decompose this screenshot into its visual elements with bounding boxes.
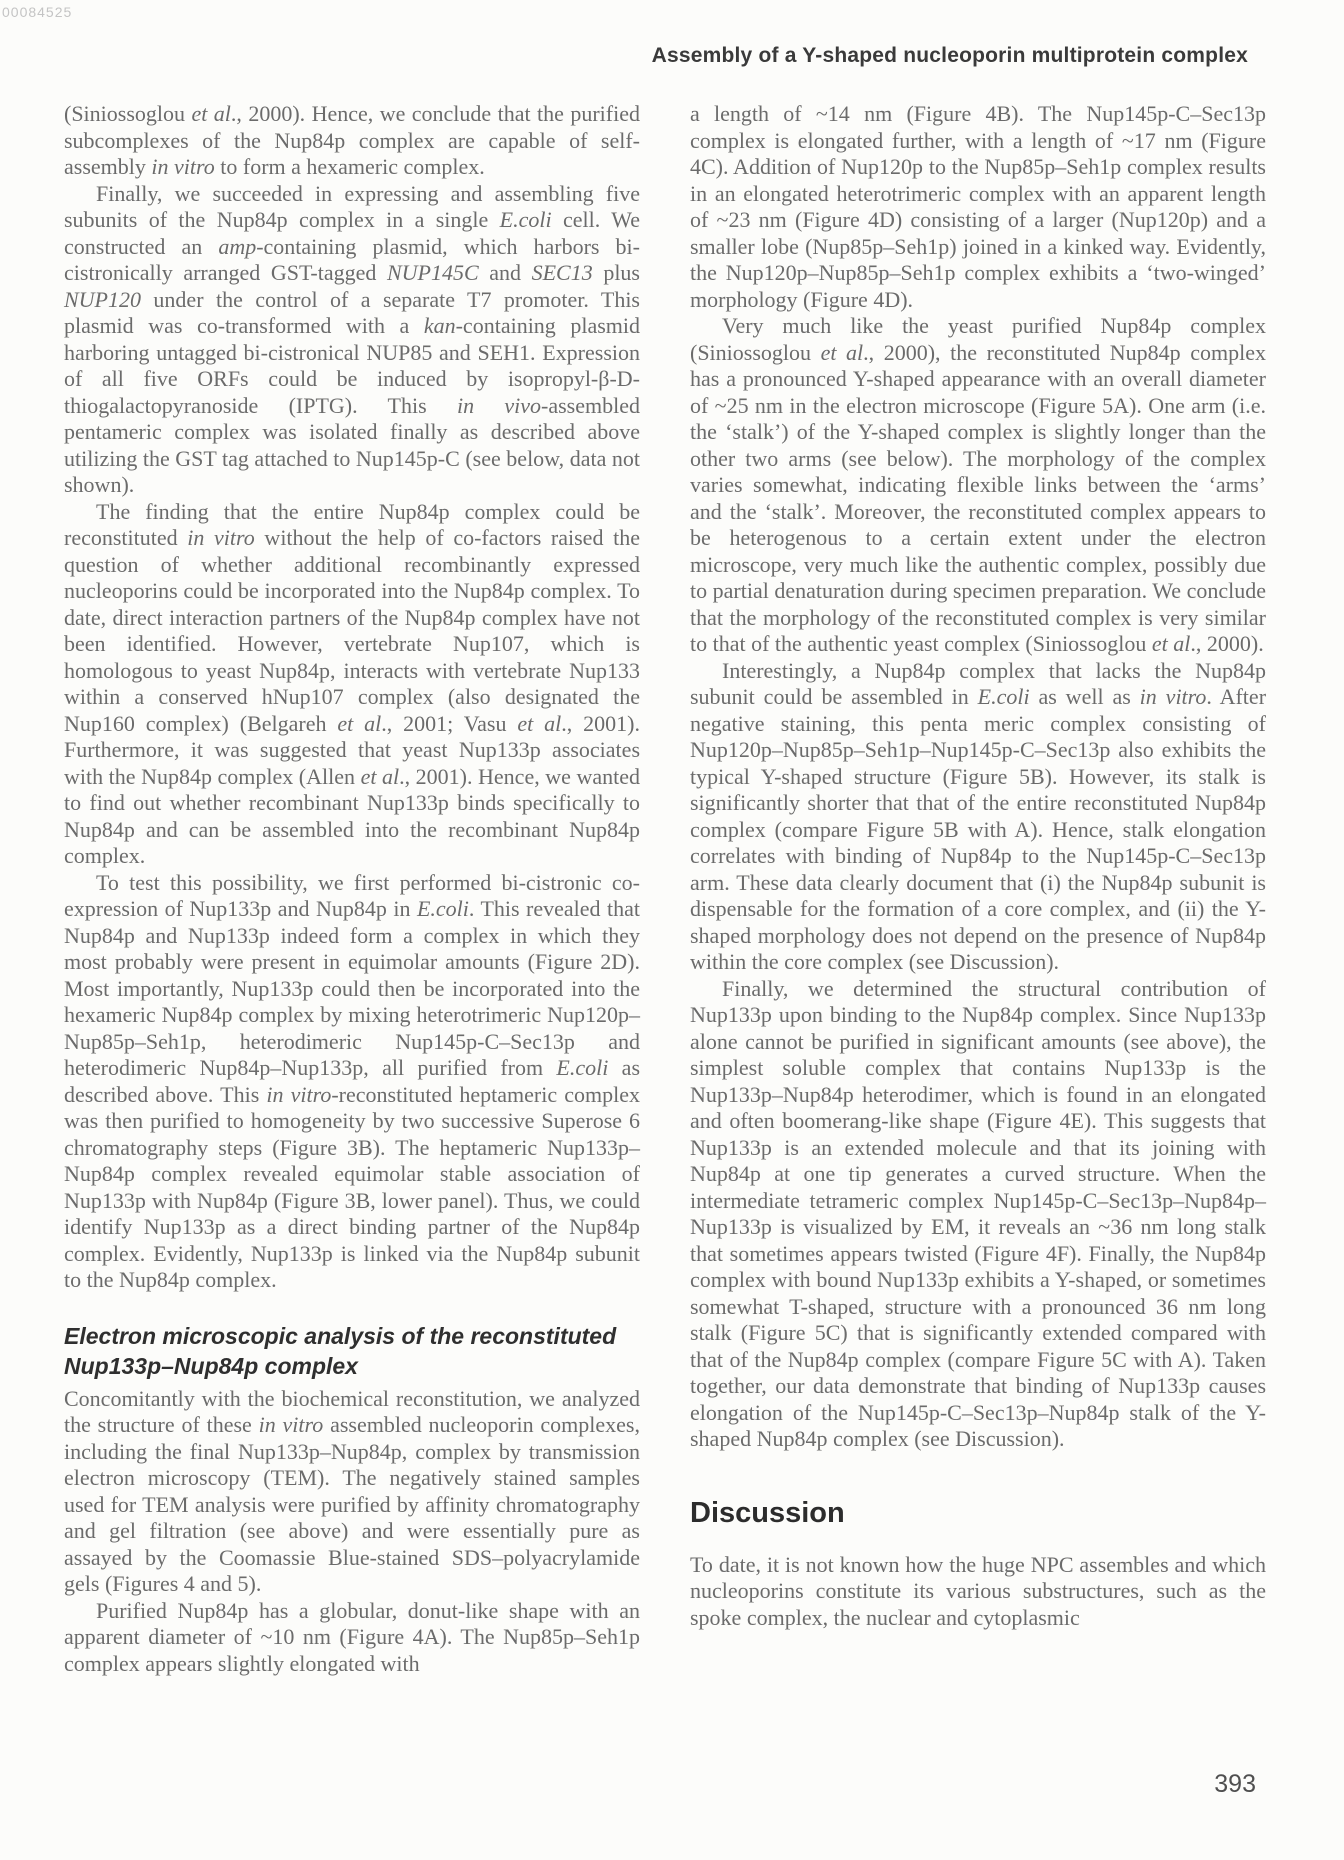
page-number: 393 xyxy=(1214,1770,1256,1799)
paragraph: Interestingly, a Nup84p complex that lac… xyxy=(690,658,1266,976)
scan-number: 00084525 xyxy=(2,4,72,20)
paragraph: Finally, we succeeded in expressing and … xyxy=(64,181,640,499)
journal-page: 00084525 Assembly of a Y-shaped nucleopo… xyxy=(0,0,1344,1860)
section-heading-em-analysis: Electron microscopic analysis of the rec… xyxy=(64,1321,640,1381)
left-column-paragraphs-after-heading: Concomitantly with the biochemical recon… xyxy=(64,1386,640,1678)
right-column-paragraphs: a length of ~14 nm (Figure 4B). The Nup1… xyxy=(690,101,1266,1453)
running-head: Assembly of a Y-shaped nucleoporin multi… xyxy=(652,44,1248,68)
right-column: a length of ~14 nm (Figure 4B). The Nup1… xyxy=(690,101,1266,1677)
right-column-paragraphs-after-heading: To date, it is not known how the huge NP… xyxy=(690,1552,1266,1632)
left-column-paragraphs: (Siniossoglou et al., 2000). Hence, we c… xyxy=(64,101,640,1294)
paragraph: (Siniossoglou et al., 2000). Hence, we c… xyxy=(64,101,640,181)
paragraph: The finding that the entire Nup84p compl… xyxy=(64,499,640,870)
paragraph: Very much like the yeast purified Nup84p… xyxy=(690,313,1266,658)
text-columns: (Siniossoglou et al., 2000). Hence, we c… xyxy=(64,101,1266,1677)
paragraph: a length of ~14 nm (Figure 4B). The Nup1… xyxy=(690,101,1266,313)
paragraph: To test this possibility, we first perfo… xyxy=(64,870,640,1294)
paragraph: Concomitantly with the biochemical recon… xyxy=(64,1386,640,1598)
section-heading-discussion: Discussion xyxy=(690,1497,1266,1530)
paragraph: Purified Nup84p has a globular, donut-li… xyxy=(64,1598,640,1678)
left-column: (Siniossoglou et al., 2000). Hence, we c… xyxy=(64,101,640,1677)
paragraph: To date, it is not known how the huge NP… xyxy=(690,1552,1266,1632)
paragraph: Finally, we determined the structural co… xyxy=(690,976,1266,1453)
